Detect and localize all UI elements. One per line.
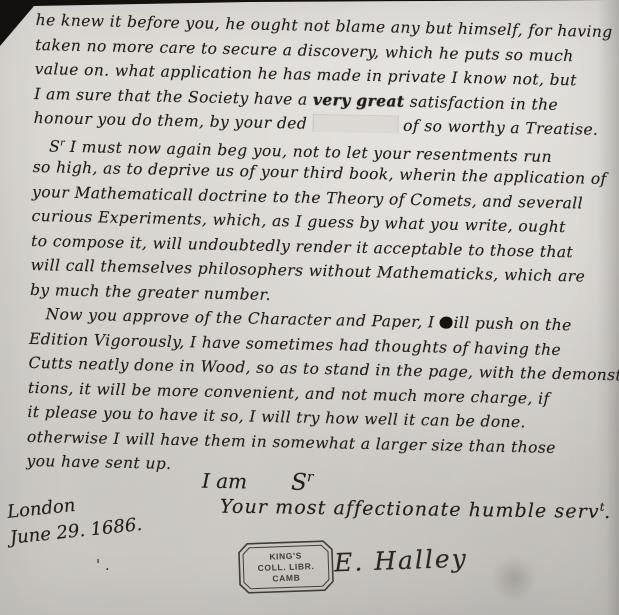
line-text: honour you do them, by your ded: [34, 109, 308, 133]
superscript: r: [307, 469, 314, 485]
line-text: I am sure that the Society have a: [34, 84, 313, 108]
damaged-patch: [312, 114, 398, 134]
valediction-period: .: [604, 501, 611, 523]
closing-i-am-sir: I amSr: [202, 467, 314, 496]
smudge: [490, 554, 538, 604]
valediction: Your most affectionate humble servt.: [220, 494, 612, 523]
closing-sir-letter: S: [291, 469, 307, 495]
letter-body: he knew it before you, he ought not blam…: [26, 8, 619, 486]
stamp-line-2: COLL. LIBR.: [258, 561, 315, 573]
manuscript-photo: he knew it before you, he ought not blam…: [0, 0, 619, 615]
retraced-words: very great: [313, 89, 405, 110]
library-stamp: KING'S COLL. LIBR. CAMB: [237, 539, 335, 594]
dateline: London June 29. 1686.: [6, 486, 143, 552]
ink-blot: [439, 317, 452, 329]
valediction-text: Your most affectionate humble serv: [220, 496, 600, 523]
closing-i-am: I am: [202, 469, 248, 494]
line-text: of so worthy a Treatise.: [403, 117, 599, 139]
line-text: satisfaction in the: [404, 92, 558, 113]
stamp-frame: KING'S COLL. LIBR. CAMB: [237, 539, 335, 594]
signature: E. Halley: [334, 544, 469, 578]
stray-ink-marks: ' .: [96, 556, 110, 574]
closing-sir: Sr: [291, 469, 314, 495]
line-text: ill push on the: [453, 314, 572, 334]
letter-page: he knew it before you, he ought not blam…: [0, 0, 619, 615]
stamp-line-3: CAMB: [272, 573, 300, 584]
line-text: S: [49, 137, 60, 155]
stamp-line-1: KING'S: [269, 550, 302, 561]
